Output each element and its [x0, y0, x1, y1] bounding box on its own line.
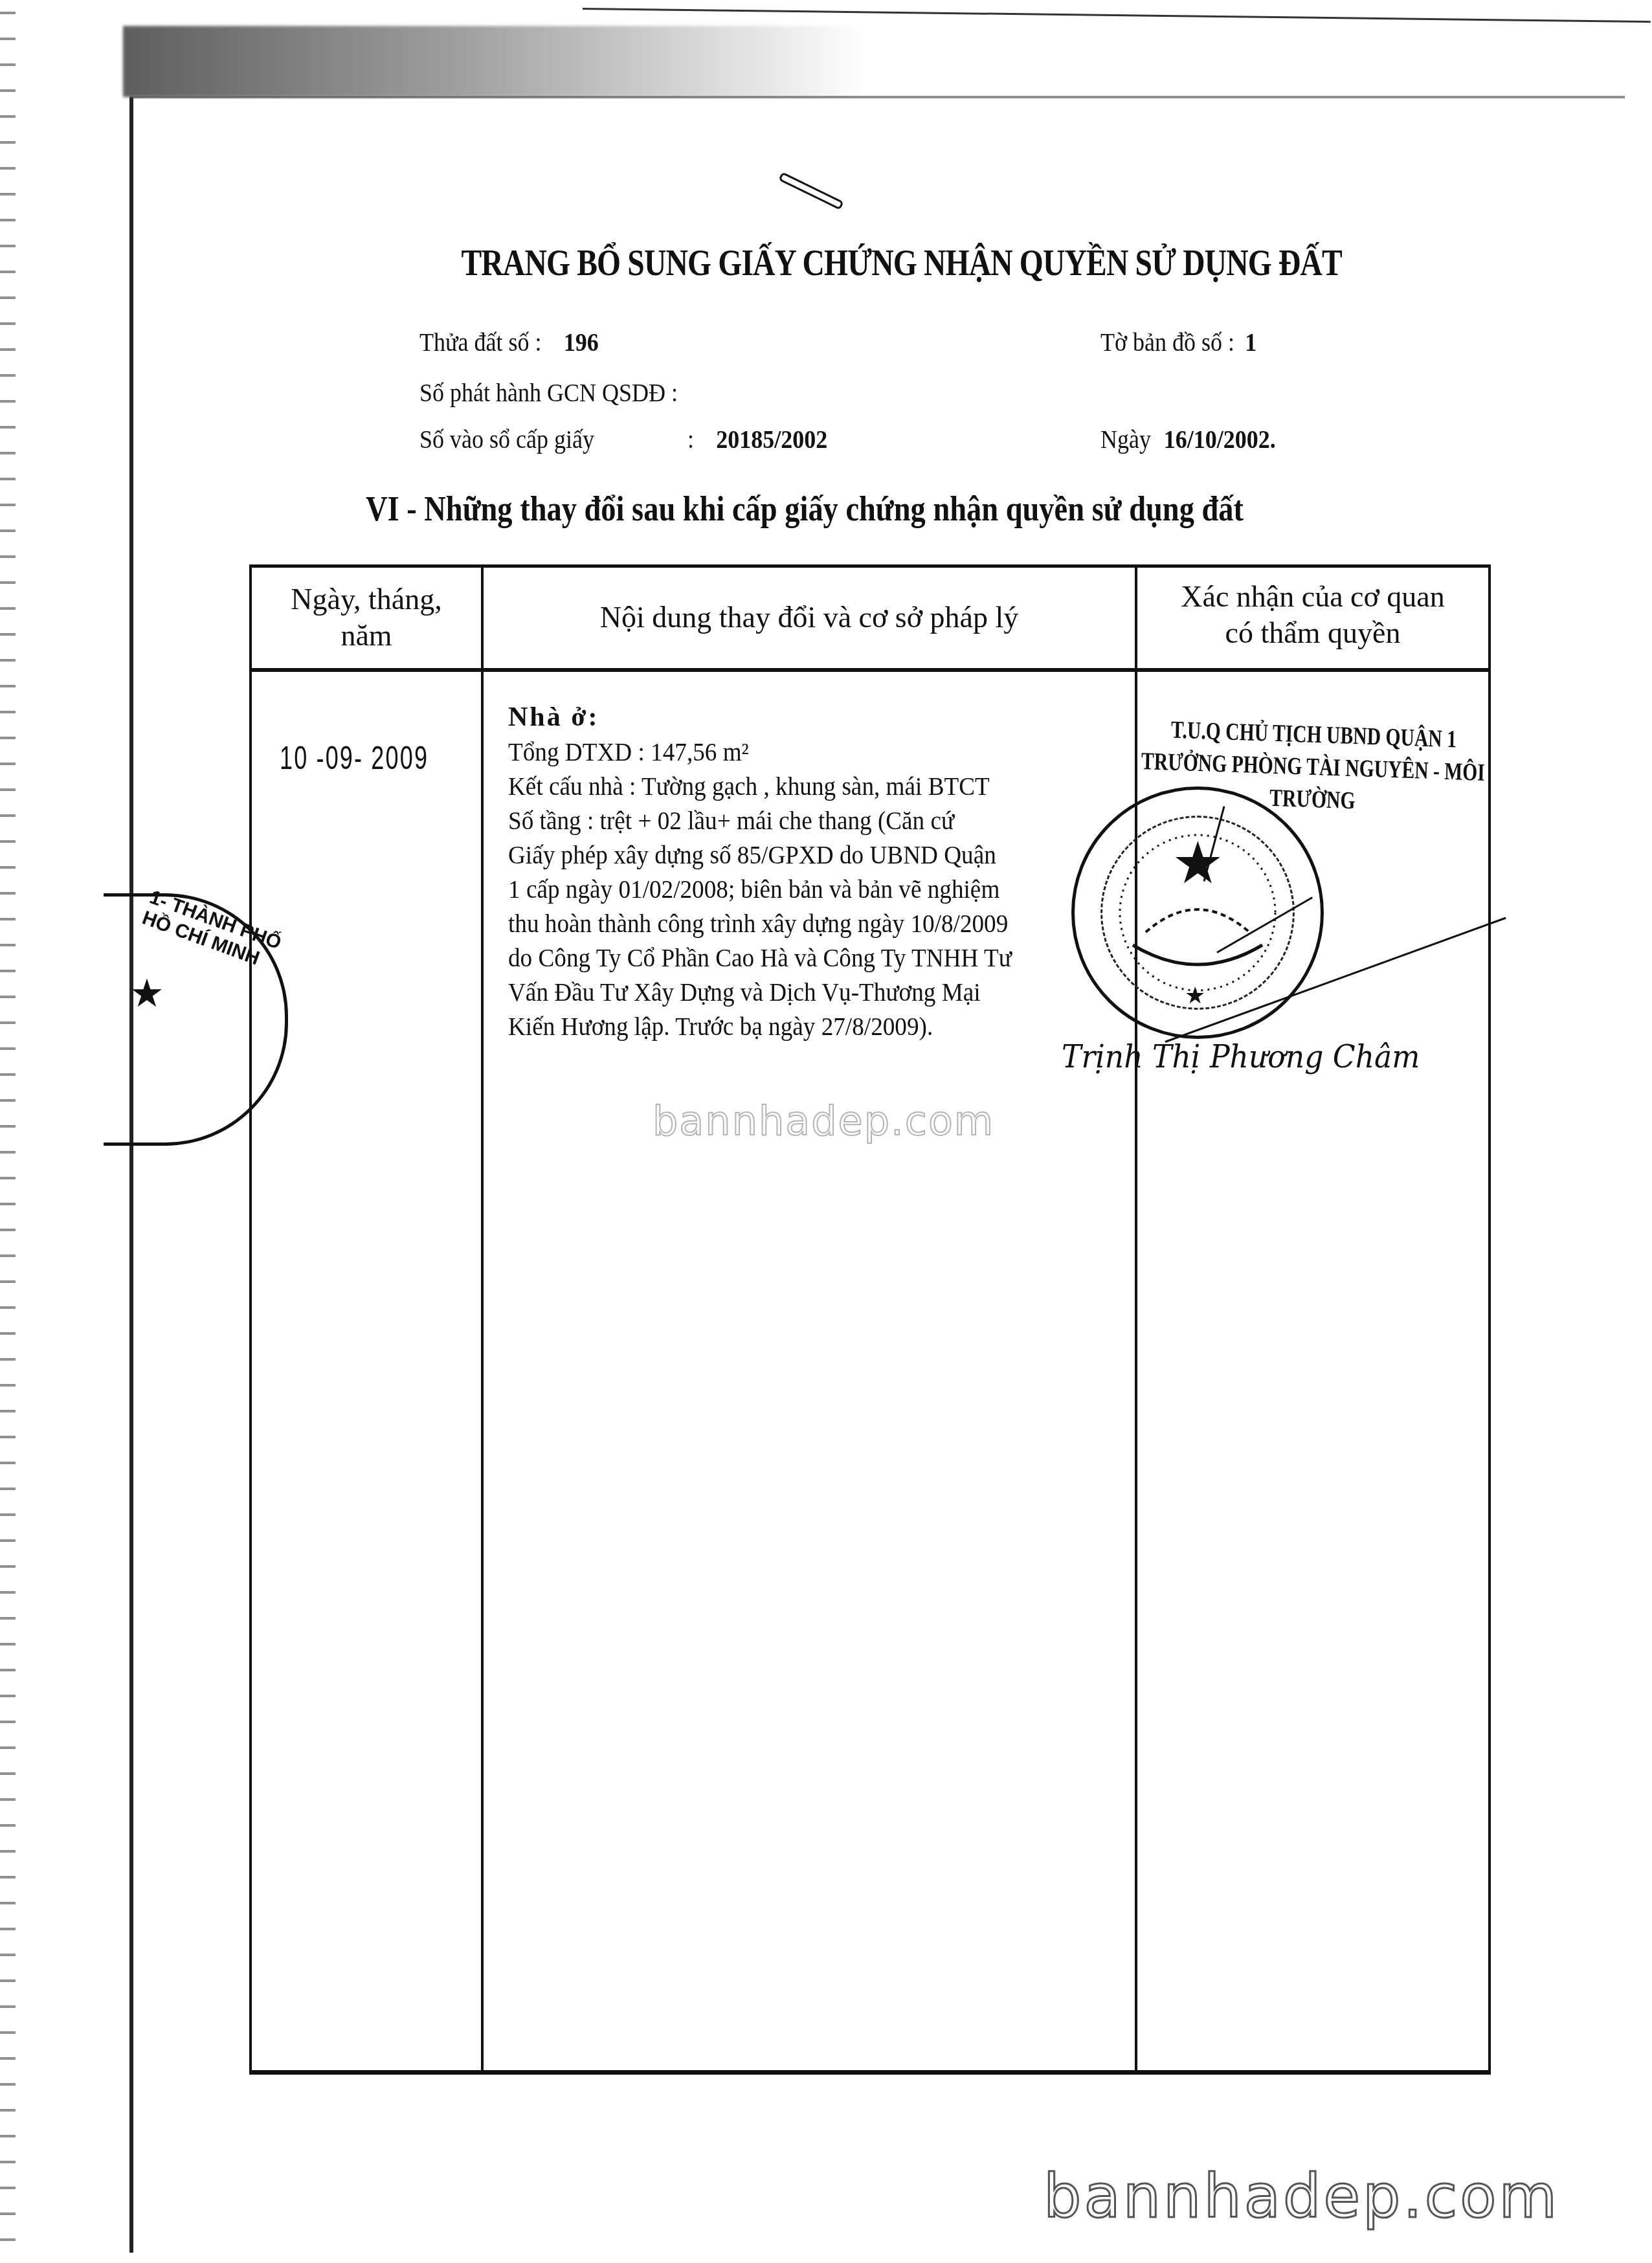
scan-top-edge: [583, 0, 1651, 23]
header-authority-line1: Xác nhận của cơ quan: [1137, 579, 1488, 615]
registry-date-value: 16/10/2002.: [1164, 425, 1276, 454]
scan-edge-artifact: [0, 0, 16, 2263]
issue-number-label: Số phát hành GCN QSDĐ :: [419, 378, 678, 407]
table-header-divider: [249, 668, 1491, 672]
authority-line: TRƯỞNG PHÒNG TÀI NGUYÊN - MÔI TRƯỜNG: [1135, 745, 1490, 821]
content-line: Tổng DTXD : 147,56 m²: [508, 735, 1141, 769]
document-title: TRANG BỔ SUNG GIẤY CHỨNG NHẬN QUYỀN SỬ D…: [158, 241, 1513, 284]
map-sheet-number: Tờ bản đồ số : 1: [1100, 327, 1256, 357]
page-border-top: [129, 96, 1625, 98]
content-line: thu hoàn thành công trình xây dựng ngày …: [508, 906, 1141, 941]
registry-separator: :: [687, 425, 694, 454]
section-heading: VI - Những thay đổi sau khi cấp giấy chứ…: [366, 489, 1244, 529]
header-date: Ngày, tháng, năm: [252, 581, 481, 654]
signer-name: Trịnh Thị Phương Châm: [1062, 1039, 1420, 1075]
content-line: do Công Ty Cổ Phần Cao Hà và Công Ty TNH…: [508, 941, 1141, 975]
registry-label: Số vào sổ cấp giấy: [419, 425, 594, 454]
star-icon: ★: [129, 974, 164, 1013]
header-date-line1: Ngày, tháng,: [252, 581, 481, 618]
map-sheet-value: 1: [1245, 328, 1256, 357]
page-border-left: [129, 97, 133, 2253]
scan-shadow-artifact: [123, 26, 867, 97]
registry-value: 20185/2002: [716, 425, 827, 454]
content-line: 1 cấp ngày 01/02/2008; biên bản và bản v…: [508, 872, 1141, 906]
change-date: 10 -09- 2009: [280, 739, 429, 777]
header-authority: Xác nhận của cơ quan có thẩm quyền: [1137, 579, 1488, 651]
registry-number: Số vào sổ cấp giấy : 20185/2002: [419, 424, 827, 454]
table-left-border: [249, 564, 252, 2073]
table-bottom-border: [249, 2070, 1491, 2075]
header-content: Nội dung thay đổi và cơ sở pháp lý: [484, 599, 1135, 636]
map-sheet-label: Tờ bản đồ số :: [1100, 328, 1234, 357]
authority-title: T.U.Q CHỦ TỊCH UBND QUẬN 1 TRƯỞNG PHÒNG …: [1135, 713, 1491, 821]
registry-date-label: Ngày: [1100, 425, 1151, 454]
content-line: Kết cấu nhà : Tường gạch , khung sàn, má…: [508, 769, 1141, 803]
issue-number: Số phát hành GCN QSDĐ :: [419, 377, 678, 408]
registry-date: Ngày 16/10/2002.: [1100, 424, 1276, 454]
table-top-border: [249, 564, 1491, 568]
parcel-number: Thửa đất số : 196: [419, 327, 599, 357]
content-line: Kiến Hương lập. Trước bạ ngày 27/8/2009)…: [508, 1009, 1141, 1043]
pen-mark: [778, 172, 843, 210]
parcel-value: 196: [564, 328, 599, 357]
content-line: Vấn Đầu Tư Xây Dựng và Dịch Vụ-Thương Mạ…: [508, 975, 1141, 1009]
content-line: Giấy phép xây dựng số 85/GPXD do UBND Qu…: [508, 838, 1141, 872]
header-authority-line2: có thẩm quyền: [1137, 615, 1488, 651]
content-heading: Nhà ở:: [508, 700, 1188, 735]
content-line: Số tầng : trệt + 02 lầu+ mái che thang (…: [508, 803, 1141, 838]
watermark: bannhadep.com: [1044, 2162, 1559, 2231]
header-date-line2: năm: [252, 618, 481, 654]
watermark: bannhadep.com: [653, 1097, 994, 1144]
parcel-label: Thửa đất số :: [419, 328, 541, 357]
column-divider-1: [481, 564, 484, 2073]
